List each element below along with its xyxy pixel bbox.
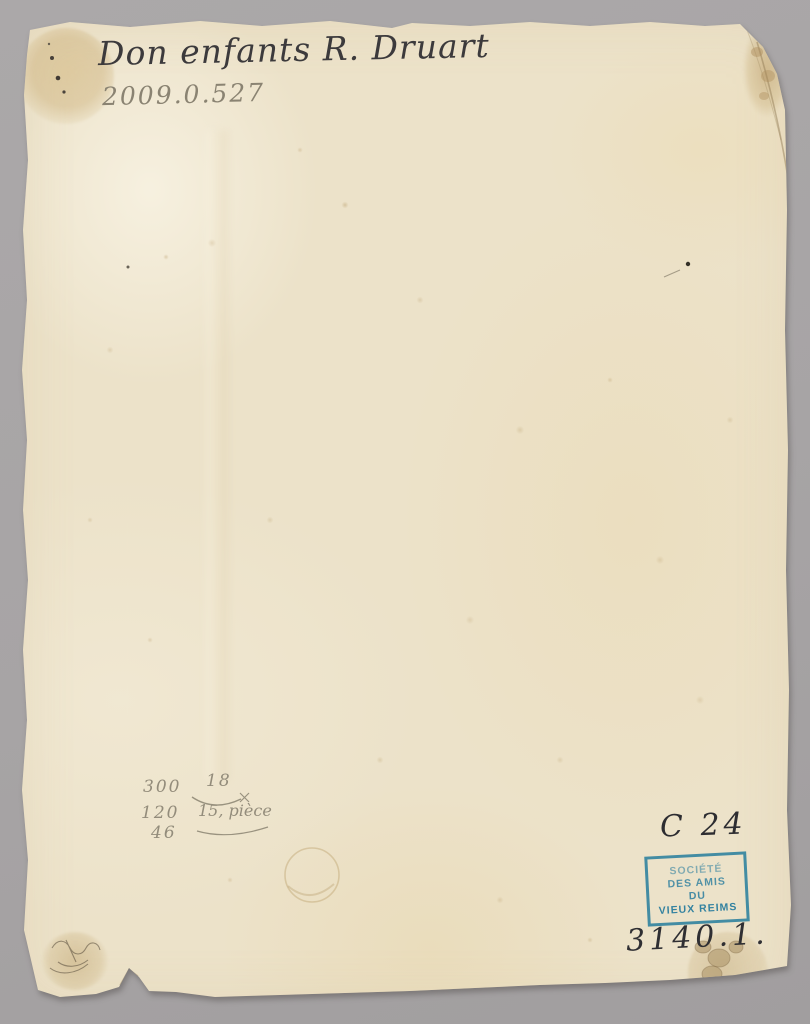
- donor-inscription: Don enfants R. Druart: [98, 26, 490, 73]
- tear-notch-shadow: [120, 969, 138, 985]
- ink-speck: [62, 90, 65, 93]
- pencil-number-18: 18: [206, 771, 232, 791]
- photo-backdrop: Don enfants R. Druart 2009.0.527 300 120…: [0, 0, 810, 1024]
- paper-sheet: Don enfants R. Druart 2009.0.527 300 120…: [0, 0, 810, 1024]
- corner-stain-blob: [751, 47, 763, 57]
- ring-stain-shadow: [288, 884, 334, 895]
- pencil-note-piece: 15, pièce: [198, 801, 272, 820]
- pencil-underline: [197, 827, 268, 835]
- pencil-number-120: 120: [141, 803, 179, 823]
- scratch-mark: [664, 270, 680, 277]
- accession-number: 2009.0.527: [102, 78, 266, 111]
- stamp-line-vieux-reims: VIEUX REIMS: [658, 900, 737, 916]
- ink-speck: [48, 43, 50, 45]
- paper-shadow-wrap: Don enfants R. Druart 2009.0.527 300 120…: [0, 0, 810, 1024]
- crease-line-faint: [747, 30, 781, 140]
- ink-speck: [686, 262, 690, 266]
- scribble-mark: [50, 940, 100, 973]
- ink-speck: [50, 56, 54, 60]
- ink-speck: [56, 76, 61, 81]
- collection-stamp: SOCIÉTÉ DES AMIS DU VIEUX REIMS: [644, 851, 750, 926]
- pencil-number-46: 46: [151, 823, 177, 843]
- stamp-line-des-amis: DES AMIS: [667, 875, 726, 890]
- inventory-number: 3140.1.: [625, 916, 769, 958]
- corner-stain-blob: [759, 92, 769, 100]
- stamp-line-du: DU: [688, 889, 706, 902]
- ink-speck: [127, 266, 130, 269]
- classification-code: C 24: [659, 806, 747, 844]
- corner-stain-blob: [761, 70, 775, 82]
- pencil-number-300: 300: [143, 777, 181, 797]
